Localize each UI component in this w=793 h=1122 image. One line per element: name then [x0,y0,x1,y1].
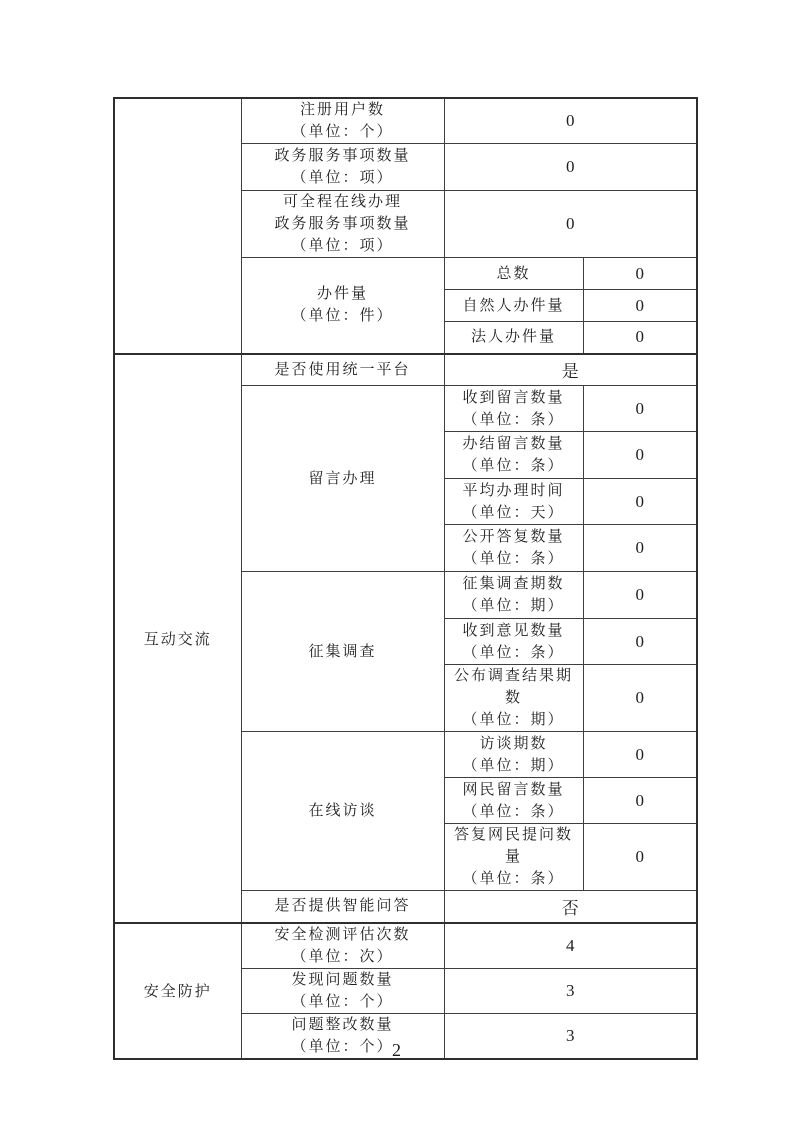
subitem-label-cell: 平均办理时间 （单位：天） [444,479,583,525]
value-cell: 0 [583,290,697,322]
group-label-cell: 在线访谈 [241,732,444,891]
item-label-cell: 是否使用统一平台 [241,354,444,386]
section-label-cell-security: 安全防护 [114,923,241,1059]
label-line: 问题整改数量 [244,1014,442,1036]
value-cell: 4 [444,923,697,969]
label-line: 收到意见数量 [447,620,581,642]
value-cell: 0 [583,525,697,572]
label-line: 是否使用统一平台 [244,359,442,381]
group-label-cell: 留言办理 [241,386,444,572]
label-line: 政务服务事项数量 [244,145,442,167]
document-page: 注册用户数 （单位：个） 0 政务服务事项数量 （单位：项） 0 可全程在线办理… [0,0,793,1122]
label-line: （单位：条） [447,868,581,890]
subitem-label-cell: 征集调查期数 （单位：期） [444,572,583,619]
item-label-cell: 是否提供智能问答 [241,891,444,923]
label-line: 安全检测评估次数 [244,924,442,946]
label-line: （单位：条） [447,455,581,477]
value-cell: 否 [444,891,697,923]
label-line: 政务服务事项数量 [244,213,442,235]
label-line: （单位：个） [244,121,442,143]
item-label-cell: 政务服务事项数量 （单位：项） [241,144,444,191]
page-number: 2 [0,1040,793,1061]
value-cell: 0 [583,824,697,891]
subitem-label-cell: 答复网民提问数量 （单位：条） [444,824,583,891]
subitem-label-cell: 公开答复数量 （单位：条） [444,525,583,572]
label-line: （单位：条） [447,642,581,664]
value-cell: 0 [583,778,697,824]
label-line: （单位：期） [447,755,581,777]
label-line: 收到留言数量 [447,387,581,409]
value-cell: 0 [583,322,697,354]
label-line: 是否提供智能问答 [244,895,442,917]
label-line: （单位：件） [244,305,442,327]
label-line: 征集调查期数 [447,573,581,595]
label-line: 公布调查结果期数 [447,665,581,709]
subitem-label-cell: 自然人办件量 [444,290,583,322]
subitem-label-cell: 访谈期数 （单位：期） [444,732,583,778]
label-line: 注册用户数 [244,99,442,121]
value-cell: 是 [444,354,697,386]
label-line: （单位：期） [447,709,581,731]
item-label-cell: 发现问题数量 （单位：个） [241,968,444,1013]
label-line: （单位：条） [447,548,581,570]
label-line: 办结留言数量 [447,433,581,455]
value-cell: 0 [583,732,697,778]
label-line: 发现问题数量 [244,969,442,991]
value-cell: 0 [583,432,697,479]
subitem-label-cell: 公布调查结果期数 （单位：期） [444,665,583,732]
label-line: 留言办理 [244,468,442,490]
subitem-label-cell: 总数 [444,258,583,290]
section-label-cell-top [114,98,241,354]
group-label-cell: 办件量 （单位：件） [241,258,444,354]
label-line: （单位：期） [447,595,581,617]
label-line: 答复网民提问数量 [447,824,581,868]
item-label-cell: 安全检测评估次数 （单位：次） [241,923,444,969]
value-cell: 0 [583,665,697,732]
subitem-label-cell: 法人办件量 [444,322,583,354]
label-line: 可全程在线办理 [244,191,442,213]
label-line: （单位：次） [244,946,442,968]
label-line: 征集调查 [244,641,442,663]
value-cell: 0 [583,479,697,525]
label-line: 在线访谈 [244,800,442,822]
label-line: （单位：条） [447,409,581,431]
label-line: （单位：条） [447,801,581,823]
section-label-cell-interaction: 互动交流 [114,354,241,923]
report-table: 注册用户数 （单位：个） 0 政务服务事项数量 （单位：项） 0 可全程在线办理… [113,97,698,1060]
group-label-cell: 征集调查 [241,572,444,732]
label-line: 自然人办件量 [447,295,581,317]
subitem-label-cell: 收到意见数量 （单位：条） [444,619,583,665]
subitem-label-cell: 网民留言数量 （单位：条） [444,778,583,824]
label-line: 网民留言数量 [447,779,581,801]
item-label-cell: 注册用户数 （单位：个） [241,98,444,144]
value-cell: 3 [444,968,697,1013]
value-cell: 0 [583,619,697,665]
label-line: 办件量 [244,283,442,305]
subitem-label-cell: 办结留言数量 （单位：条） [444,432,583,479]
item-label-cell: 可全程在线办理 政务服务事项数量 （单位：项） [241,191,444,258]
label-line: 公开答复数量 [447,526,581,548]
label-line: （单位：项） [244,235,442,257]
label-line: 访谈期数 [447,733,581,755]
value-cell: 0 [444,98,697,144]
value-cell: 0 [444,144,697,191]
label-line: 法人办件量 [447,326,581,348]
value-cell: 0 [444,191,697,258]
label-line: （单位：项） [244,167,442,189]
value-cell: 0 [583,386,697,432]
label-line: 平均办理时间 [447,480,581,502]
value-cell: 0 [583,258,697,290]
label-line: 总数 [447,263,581,285]
label-line: （单位：个） [244,991,442,1013]
subitem-label-cell: 收到留言数量 （单位：条） [444,386,583,432]
value-cell: 0 [583,572,697,619]
label-line: （单位：天） [447,502,581,524]
